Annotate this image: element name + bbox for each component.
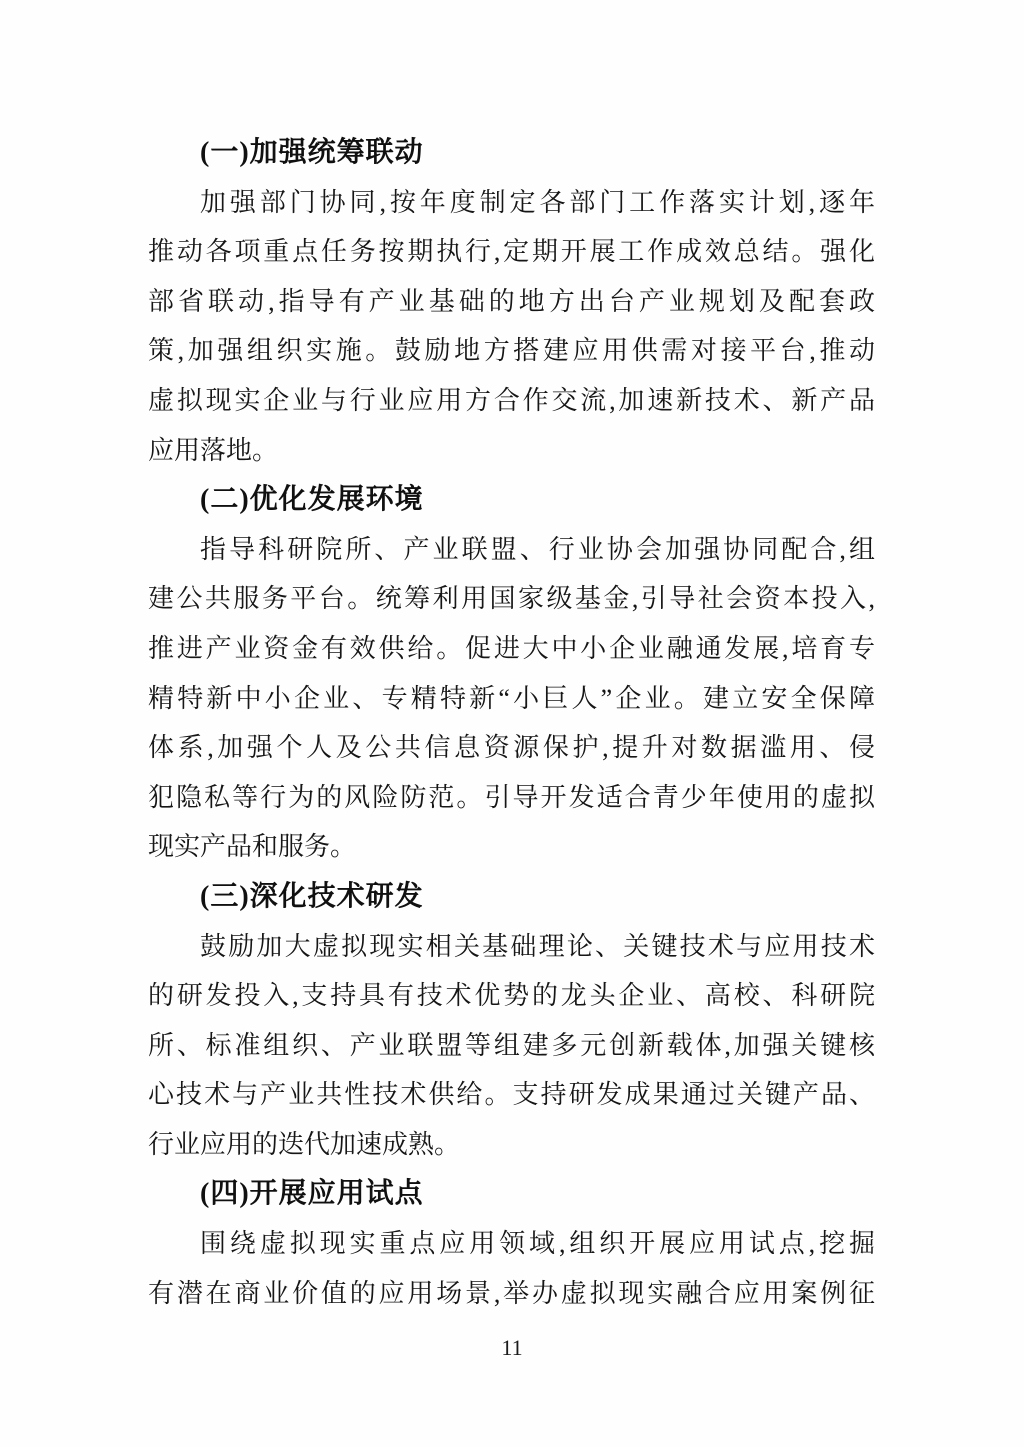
section-4-heading: (四)开展应用试点 [148, 1169, 875, 1219]
paragraph-line: 体系,加强个人及公共信息资源保护,提升对数据滥用、侵 [148, 723, 875, 773]
section-2-heading: (二)优化发展环境 [148, 475, 875, 525]
document-page: (一)加强统筹联动 加强部门协同,按年度制定各部门工作落实计划,逐年 推动各项重… [0, 0, 1024, 1447]
paragraph-line: 的研发投入,支持具有技术优势的龙头企业、高校、科研院 [148, 971, 875, 1021]
paragraph-line: 推动各项重点任务按期执行,定期开展工作成效总结。强化 [148, 227, 875, 277]
paragraph-line: 心技术与产业共性技术供给。支持研发成果通过关键产品、 [148, 1070, 875, 1120]
section-2: (二)优化发展环境 指导科研院所、产业联盟、行业协会加强协同配合,组 建公共服务… [148, 475, 875, 872]
section-1: (一)加强统筹联动 加强部门协同,按年度制定各部门工作落实计划,逐年 推动各项重… [148, 128, 875, 475]
section-3: (三)深化技术研发 鼓励加大虚拟现实相关基础理论、关键技术与应用技术 的研发投入… [148, 872, 875, 1170]
section-4: (四)开展应用试点 围绕虚拟现实重点应用领域,组织开展应用试点,挖掘 有潜在商业… [148, 1169, 875, 1318]
paragraph-line: 虚拟现实企业与行业应用方合作交流,加速新技术、新产品 [148, 376, 875, 426]
paragraph-line: 推进产业资金有效供给。促进大中小企业融通发展,培育专 [148, 624, 875, 674]
paragraph-line: 加强部门协同,按年度制定各部门工作落实计划,逐年 [148, 178, 875, 228]
paragraph-line: 鼓励加大虚拟现实相关基础理论、关键技术与应用技术 [148, 922, 875, 972]
paragraph-line: 精特新中小企业、专精特新“小巨人”企业。建立安全保障 [148, 674, 875, 724]
section-1-heading: (一)加强统筹联动 [148, 128, 875, 178]
section-3-heading: (三)深化技术研发 [148, 872, 875, 922]
paragraph-line: 策,加强组织实施。鼓励地方搭建应用供需对接平台,推动 [148, 326, 875, 376]
page-number: 11 [0, 1335, 1024, 1361]
page-content: (一)加强统筹联动 加强部门协同,按年度制定各部门工作落实计划,逐年 推动各项重… [148, 128, 875, 1318]
paragraph-line: 围绕虚拟现实重点应用领域,组织开展应用试点,挖掘 [148, 1219, 875, 1269]
paragraph-line: 应用落地。 [148, 426, 875, 476]
paragraph-line: 犯隐私等行为的风险防范。引导开发适合青少年使用的虚拟 [148, 773, 875, 823]
paragraph-line: 建公共服务平台。统筹利用国家级基金,引导社会资本投入, [148, 574, 875, 624]
paragraph-line: 指导科研院所、产业联盟、行业协会加强协同配合,组 [148, 525, 875, 575]
paragraph-line: 有潜在商业价值的应用场景,举办虚拟现实融合应用案例征 [148, 1269, 875, 1319]
paragraph-line: 所、标准组织、产业联盟等组建多元创新载体,加强关键核 [148, 1021, 875, 1071]
paragraph-line: 部省联动,指导有产业基础的地方出台产业规划及配套政 [148, 277, 875, 327]
paragraph-line: 现实产品和服务。 [148, 822, 875, 872]
paragraph-line: 行业应用的迭代加速成熟。 [148, 1120, 875, 1170]
